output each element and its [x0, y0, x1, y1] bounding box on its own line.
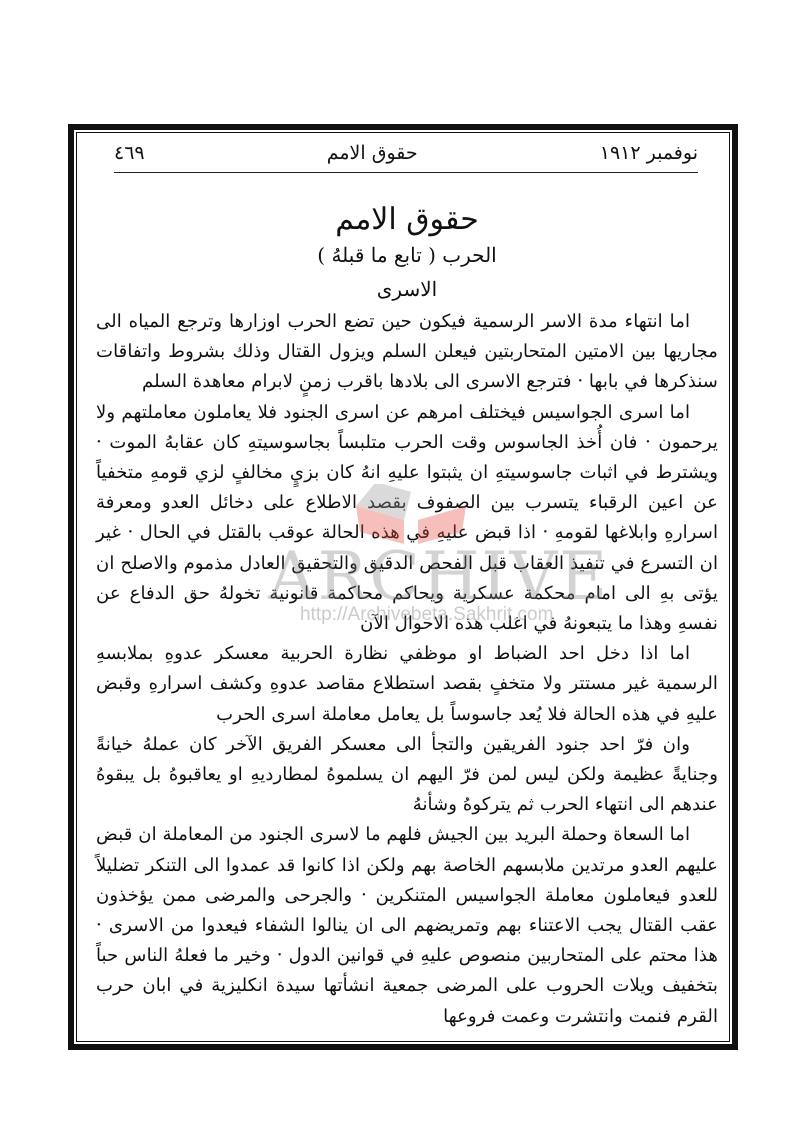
paragraph: اما اذا دخل احد الضباط او موظفي نظارة ال… — [96, 639, 718, 730]
article-subtitle: الحرب ( تابع ما قبلهُ ) — [96, 243, 718, 267]
issue-date: نوفمبر ١٩١٢ — [600, 142, 698, 164]
paragraph: اما اسرى الجواسيس فيختلف امرهم عن اسرى ا… — [96, 398, 718, 640]
page-border: نوفمبر ١٩١٢ حقوق الامم ٤٦٩ حقوق الامم ال… — [68, 124, 738, 1050]
running-header: نوفمبر ١٩١٢ حقوق الامم ٤٦٩ — [114, 136, 698, 170]
article-title: حقوق الامم — [96, 202, 718, 237]
journal-title: حقوق الامم — [327, 142, 418, 164]
page-number: ٤٦٩ — [114, 142, 145, 164]
paragraph: اما السعاة وحملة البريد بين الجيش فلهم م… — [96, 820, 718, 1031]
section-heading: الاسرى — [96, 277, 718, 301]
paragraph: وان فرّ احد جنود الفريقين والتجأ الى معس… — [96, 730, 718, 821]
paragraph: اما انتهاء مدة الاسر الرسمية فيكون حين ت… — [96, 307, 718, 398]
article-body: حقوق الامم الحرب ( تابع ما قبلهُ ) الاسر… — [96, 192, 718, 1032]
header-rule — [114, 172, 698, 173]
